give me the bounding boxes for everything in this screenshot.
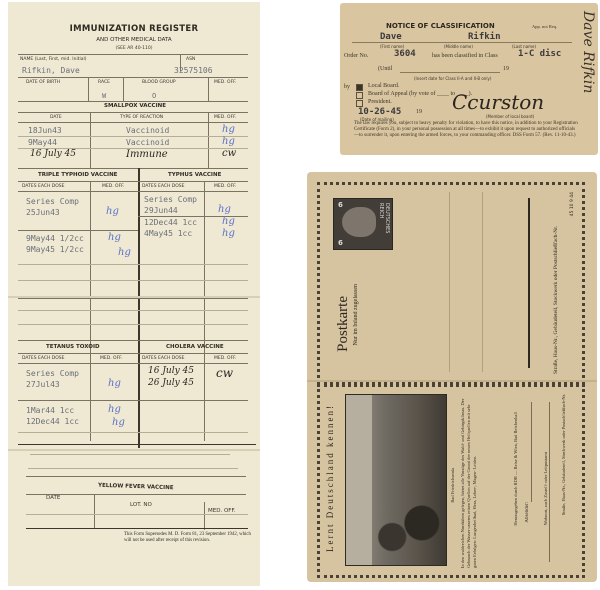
checkbox-local-board[interactable] bbox=[356, 84, 363, 91]
smallpox-row-2-date: 9May44 bbox=[28, 138, 57, 147]
typhus-col-medoff: MED. OFF. bbox=[214, 184, 236, 189]
tetanus-row-3: 1Mar44 1cc bbox=[26, 406, 74, 415]
smallpox-col-medoff: MED. OFF. bbox=[214, 115, 236, 120]
typhus-row-4: 4May45 1cc bbox=[144, 229, 192, 238]
sender-label: Absender: bbox=[525, 502, 530, 523]
address-line-hint: Straße, Haus-Nr., Gebäudeteil, Stockwerk… bbox=[553, 194, 559, 374]
until-year: 19 bbox=[503, 66, 509, 72]
notice-of-classification: NOTICE OF CLASSIFICATION App. not Req. D… bbox=[340, 3, 598, 155]
typhoid-row-2-initials: hg bbox=[106, 206, 119, 217]
checkbox-president[interactable] bbox=[356, 100, 363, 107]
race-label: RACE bbox=[98, 80, 110, 85]
photo-description: In den waldreichen Nordtälern gelegen, b… bbox=[460, 398, 510, 568]
yellow-fever-col-lot: LOT. NO bbox=[130, 502, 152, 508]
cholera-row-1-initials: cw bbox=[216, 366, 233, 380]
by-label: by bbox=[344, 84, 350, 90]
stamp-text: DEUTSCHES REICH bbox=[378, 203, 390, 249]
series-code: 45 10 9 44 bbox=[570, 192, 575, 216]
typhoid-row-3: 9May44 1/2cc bbox=[26, 234, 84, 243]
smallpox-row-2-initials: hg bbox=[222, 136, 235, 147]
notice-title: NOTICE OF CLASSIFICATION bbox=[386, 22, 495, 30]
tetanus-row-2: 27Jul43 bbox=[26, 380, 60, 389]
form-id: DSS Form 57. (Rev. 11-10-43.) bbox=[513, 133, 576, 138]
smallpox-row-1-reaction: Vaccinoid bbox=[126, 126, 169, 135]
board-member-signature: Ccurston bbox=[452, 90, 544, 114]
tetanus-col-dates: DATES EACH DOSE bbox=[22, 356, 65, 361]
sender-line-2: Wohnort, auch Zustell- oder Leitpostamt bbox=[543, 452, 548, 525]
cholera-row-1: 16 July 45 bbox=[148, 366, 194, 376]
typhus-row-2: 29Jun44 bbox=[144, 206, 178, 215]
typhus-row-2-initials: hg bbox=[218, 204, 231, 215]
tetanus-header: TETANUS TOXOID bbox=[46, 344, 100, 350]
typhoid-row-4: 9May45 1/2cc bbox=[26, 245, 84, 254]
german-postcard: 6 6 DEUTSCHES REICH Postkarte Nur im Inl… bbox=[307, 172, 597, 582]
typhoid-row-1: Series Comp bbox=[26, 197, 79, 206]
smallpox-row-1-initials: hg bbox=[222, 124, 235, 135]
landscape-photo bbox=[345, 394, 447, 566]
smallpox-row-3-date: 16 July 45 bbox=[30, 149, 76, 159]
tetanus-row-1: Series Comp bbox=[26, 369, 79, 378]
margin-handwriting: Dave Rifkin bbox=[580, 11, 596, 93]
app-not-req: App. not Req. bbox=[532, 24, 557, 29]
typhoid-col-dates: DATES EACH DOSE bbox=[22, 184, 65, 189]
smallpox-row-3-reaction: Immune bbox=[126, 149, 168, 160]
order-label: Order No. bbox=[344, 53, 368, 59]
smallpox-col-reaction: TYPE OF REACTION bbox=[120, 115, 163, 120]
cholera-row-2: 26 July 45 bbox=[148, 378, 194, 388]
checkbox-board-of-appeal[interactable] bbox=[356, 92, 363, 99]
register-title: IMMUNIZATION REGISTER bbox=[8, 24, 260, 34]
notice-paragraph: The law requires you, subject to heavy p… bbox=[354, 121, 579, 140]
smallpox-row-3-initials: cw bbox=[222, 148, 236, 159]
typhoid-row-4-initials: hg bbox=[118, 247, 131, 258]
tetanus-col-medoff: MED. OFF. bbox=[100, 356, 122, 361]
tetanus-row-3-initials: hg bbox=[108, 404, 121, 415]
typhoid-col-medoff: MED. OFF. bbox=[102, 184, 124, 189]
tetanus-row-4-initials: hg bbox=[112, 417, 125, 428]
stamp-value-bottom: 6 bbox=[338, 239, 343, 247]
typhus-col-dates: DATES EACH DOSE bbox=[142, 184, 185, 189]
option-local-board: Local Board. bbox=[368, 83, 399, 89]
postage-stamp: 6 6 DEUTSCHES REICH bbox=[333, 198, 393, 250]
typhus-row-3-initials: hg bbox=[222, 216, 235, 227]
name-label: NAME (Last, First, mid. Initial) bbox=[20, 57, 86, 62]
order-number: 3604 bbox=[394, 49, 416, 59]
asn-label: ASN bbox=[186, 57, 195, 62]
cholera-col-dates: DATES EACH DOSE bbox=[142, 356, 185, 361]
typhoid-row-2: 25Jun43 bbox=[26, 208, 60, 217]
typhoid-header: TRIPLE TYPHOID VACCINE bbox=[38, 172, 117, 178]
caption-middle: (Middle name) bbox=[444, 44, 473, 49]
classified-text: has been classified in Class bbox=[432, 53, 498, 59]
signature-caption: (Member of local board) bbox=[486, 114, 534, 119]
smallpox-header: SMALLPOX VACCINE bbox=[104, 103, 166, 109]
first-name-value: Dave bbox=[380, 32, 402, 42]
smallpox-col-date: DATE bbox=[50, 115, 62, 120]
postcard-subtitle: Nur im Inland zugelassen bbox=[353, 284, 359, 345]
typhus-row-3: 12Dec44 1cc bbox=[144, 218, 197, 227]
yellow-fever-col-date: DATE bbox=[46, 495, 60, 501]
form-supersedes-note: This Form Supersedes M. D. Form 81, 23 S… bbox=[124, 532, 254, 544]
blood-group-value: O bbox=[152, 92, 156, 100]
option-president: President. bbox=[368, 99, 392, 105]
postcard-title: Postkarte bbox=[335, 296, 352, 352]
name-value: Rifkin, Dave bbox=[22, 66, 80, 75]
smallpox-row-1-date: 18Jun43 bbox=[28, 126, 62, 135]
blood-group-label: BLOOD GROUP bbox=[142, 80, 176, 85]
stamp-value-top: 6 bbox=[338, 201, 343, 209]
typhus-row-1: Series Comp bbox=[144, 195, 197, 204]
publisher: Herausgegeben durch RDR — Reise & Wien, … bbox=[513, 412, 518, 526]
smallpox-row-2-reaction: Vaccinoid bbox=[126, 138, 169, 147]
typhus-row-4-initials: hg bbox=[222, 228, 235, 239]
race-value: W bbox=[102, 92, 106, 100]
immunization-register: IMMUNIZATION REGISTER AND OTHER MEDICAL … bbox=[8, 2, 260, 586]
class-value: 1-C disc bbox=[518, 49, 561, 59]
photo-caption: Bad Friedrichsroda bbox=[450, 468, 455, 503]
last-name-value: Rifkin bbox=[468, 32, 501, 42]
banner-text: Lernt Deutschland kennen! bbox=[325, 404, 335, 552]
sender-line-3: Straße, Haus-Nr., Gebäudeteil, Stockwerk… bbox=[561, 394, 566, 515]
register-subtitle: AND OTHER MEDICAL DATA bbox=[8, 37, 260, 43]
dob-label: DATE OF BIRTH bbox=[26, 80, 60, 85]
date-suffix: 19 bbox=[416, 109, 422, 115]
tetanus-row-4: 12Dec44 1cc bbox=[26, 417, 79, 426]
register-reference: (SEE AR 40-110) bbox=[8, 46, 260, 51]
typhoid-row-3-initials: hg bbox=[108, 232, 121, 243]
cholera-col-medoff: MED. OFF. bbox=[214, 356, 236, 361]
tetanus-row-2-initials: hg bbox=[108, 378, 121, 389]
until-label: (Until bbox=[378, 66, 392, 72]
med-off-label: MED. OFF. bbox=[214, 80, 236, 85]
asn-value: 32575106 bbox=[174, 66, 213, 75]
typhus-header: TYPHUS VACCINE bbox=[168, 172, 221, 178]
date-of-mailing: 10-26-45 bbox=[358, 107, 401, 117]
yellow-fever-header: YELLOW FEVER VACCINE bbox=[98, 483, 174, 492]
cholera-header: CHOLERA VACCINE bbox=[166, 344, 224, 350]
until-caption: (Insert date for Class II-A and II-B onl… bbox=[414, 76, 491, 81]
